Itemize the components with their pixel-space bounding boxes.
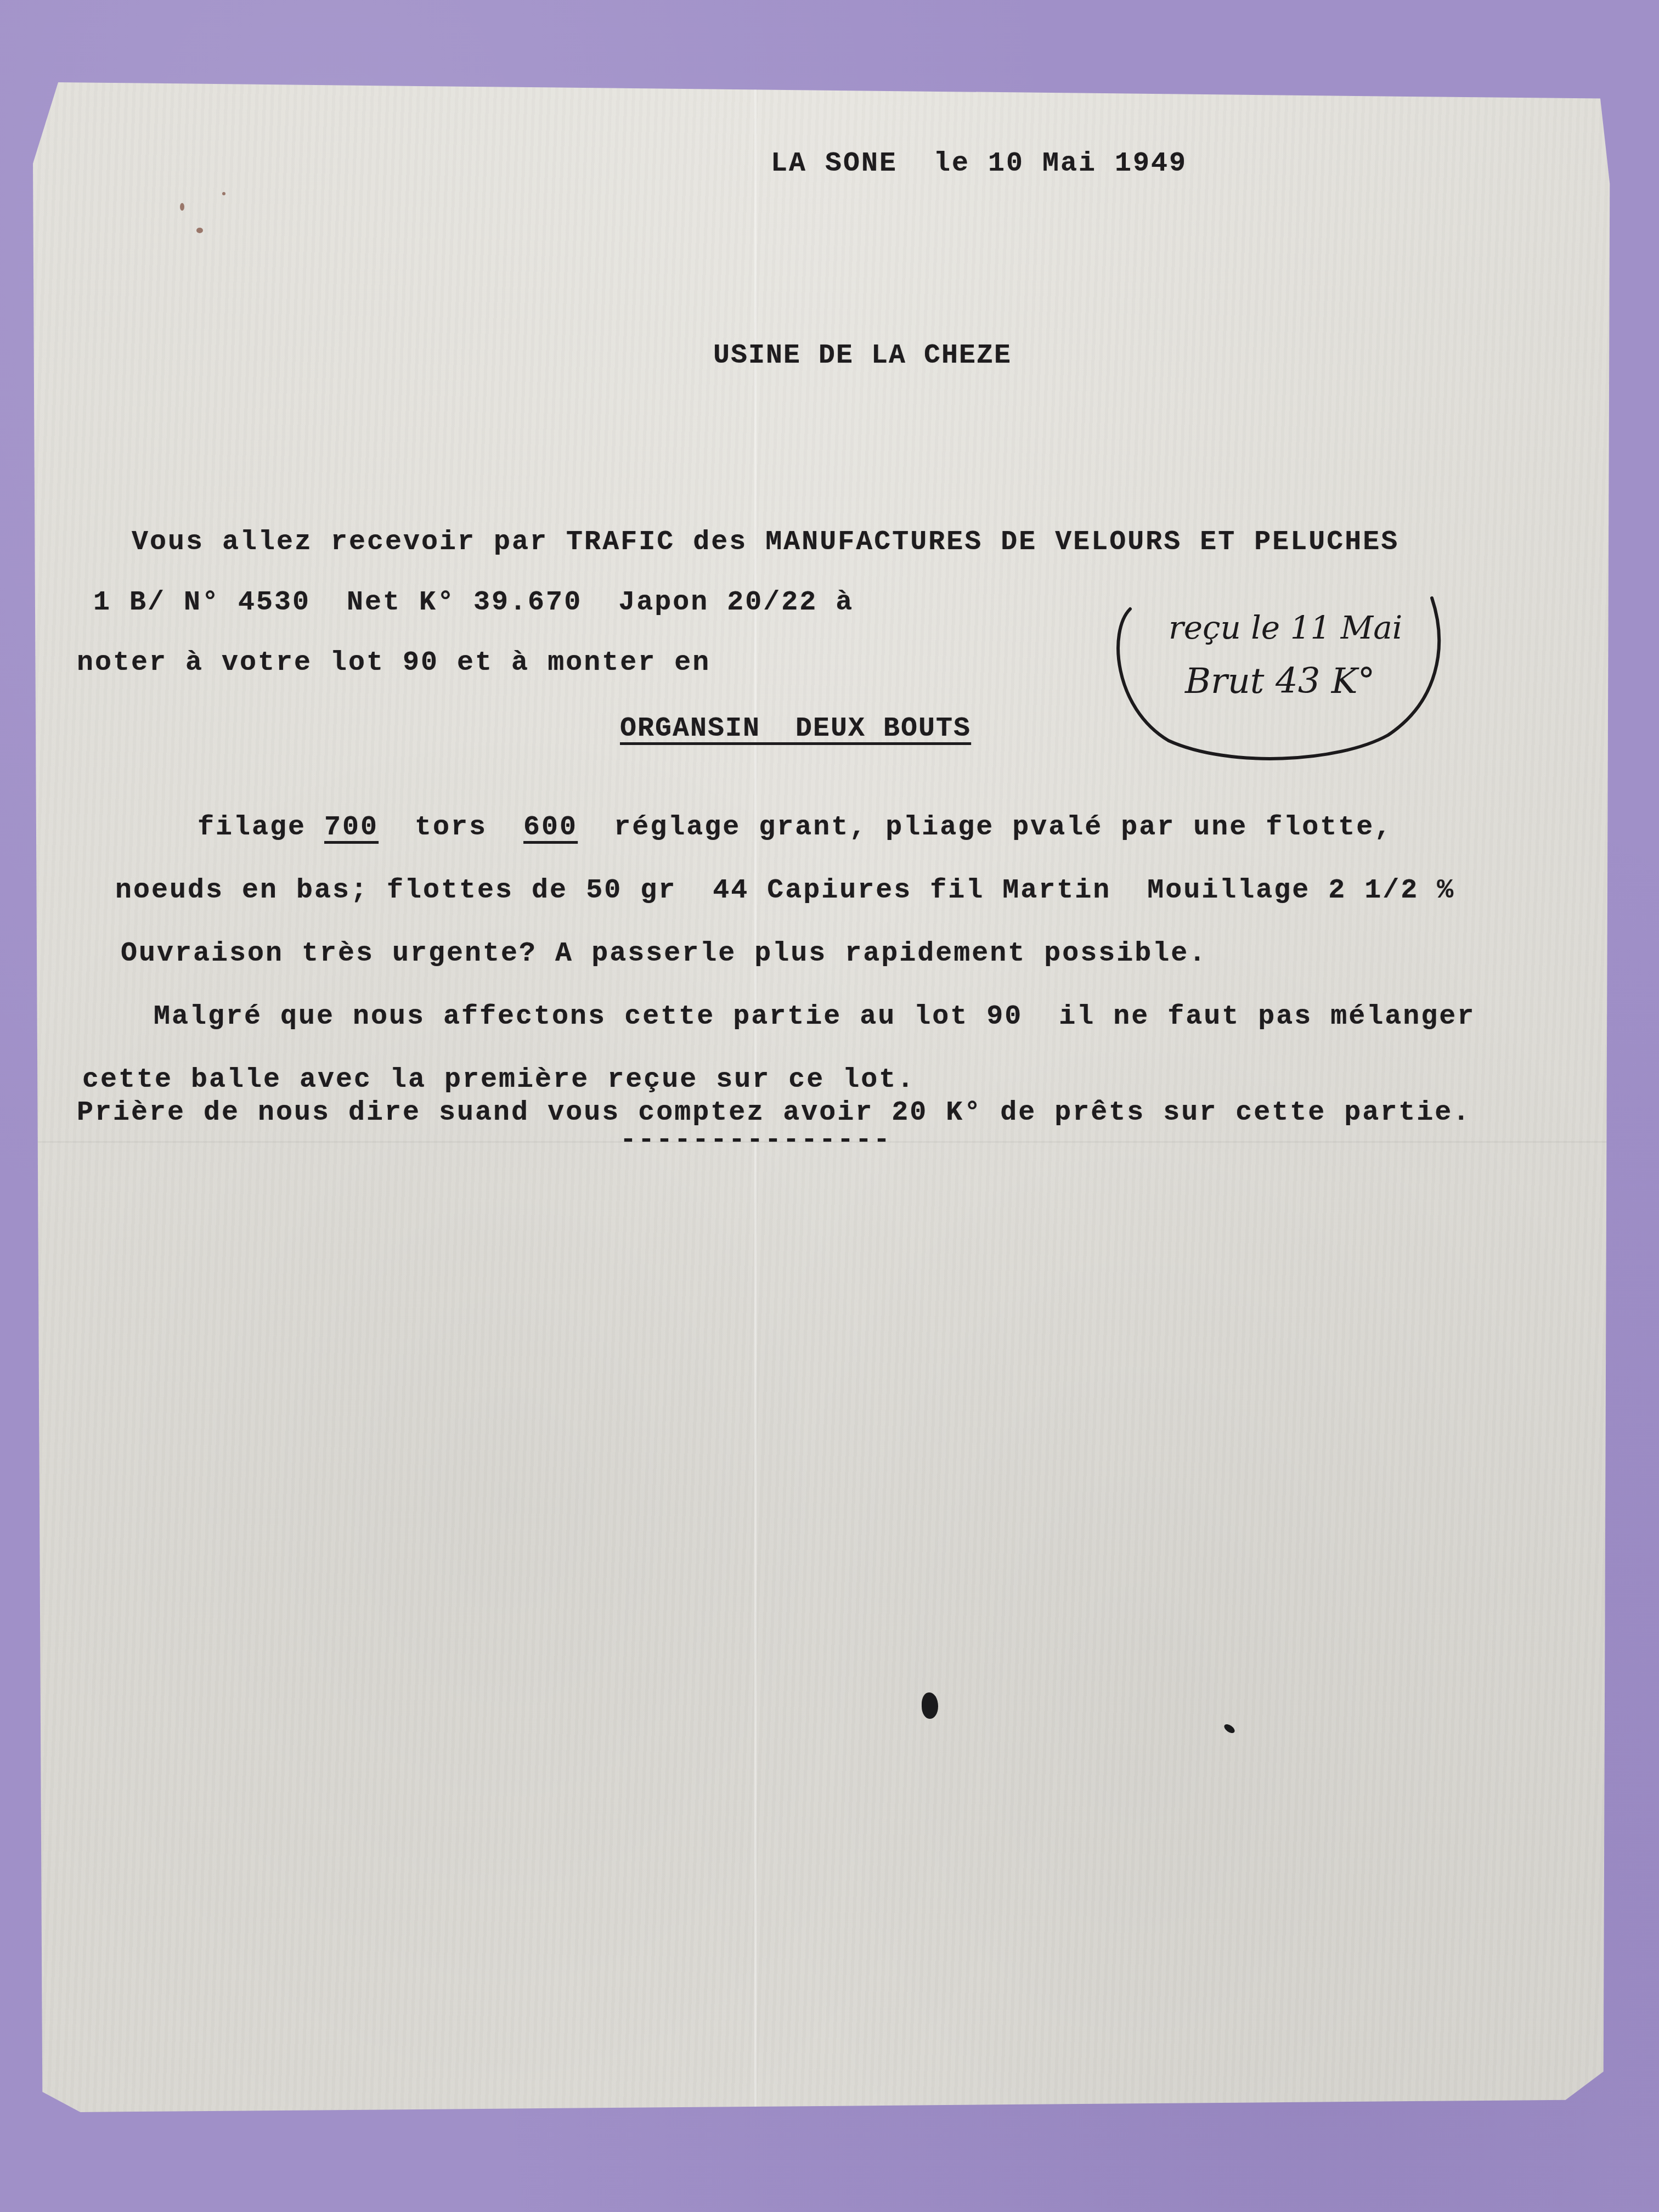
tors-label: tors bbox=[379, 812, 523, 843]
body-line-2: 1 B/ N° 4530 Net K° 39.670 Japon 20/22 à bbox=[93, 587, 854, 618]
rust-stain bbox=[196, 228, 203, 233]
body-line-6: noeuds en bas; flottes de 50 gr 44 Capiu… bbox=[115, 875, 1455, 906]
letter-heading: USINE DE LA CHEZE bbox=[713, 340, 1012, 371]
tors-value: 600 bbox=[523, 812, 578, 843]
subject-line: ORGANSIN DEUX BOUTS bbox=[620, 713, 971, 744]
handwritten-receipt-date: reçu le 11 Mai bbox=[1169, 609, 1402, 646]
body-line-specs: filage 700 tors 600 réglage grant, pliag… bbox=[198, 812, 1392, 843]
ink-blot bbox=[922, 1692, 938, 1719]
rust-stain bbox=[180, 203, 184, 211]
body-line-8: Malgré que nous affectons cette partie a… bbox=[154, 1001, 1475, 1032]
filage-value: 700 bbox=[324, 812, 379, 843]
letter-sheet: LA SONE le 10 Mai 1949 USINE DE LA CHEZE… bbox=[33, 82, 1613, 2112]
body-line-1: Vous allez recevoir par TRAFIC des MANUF… bbox=[132, 527, 1399, 558]
body-line-10: Prière de nous dire suand vous comptez a… bbox=[77, 1097, 1471, 1128]
body-line-7: Ouvraison très urgente? A passerle plus … bbox=[121, 938, 1207, 969]
body-line-9: cette balle avec la première reçue sur c… bbox=[82, 1064, 915, 1096]
ink-blot bbox=[1223, 1723, 1237, 1735]
specs-rest: réglage grant, pliage pvalé par une flot… bbox=[578, 812, 1392, 843]
filage-label: filage bbox=[198, 812, 324, 843]
handwritten-annotation: reçu le 11 Mai Brut 43 K° bbox=[1108, 587, 1448, 768]
handwritten-gross-weight: Brut 43 K° bbox=[1185, 661, 1375, 702]
dateline: LA SONE le 10 Mai 1949 bbox=[771, 148, 1187, 179]
closing-rule: --------------- bbox=[620, 1125, 891, 1156]
rust-stain bbox=[222, 192, 225, 195]
body-line-3: noter à votre lot 90 et à monter en bbox=[77, 647, 710, 679]
